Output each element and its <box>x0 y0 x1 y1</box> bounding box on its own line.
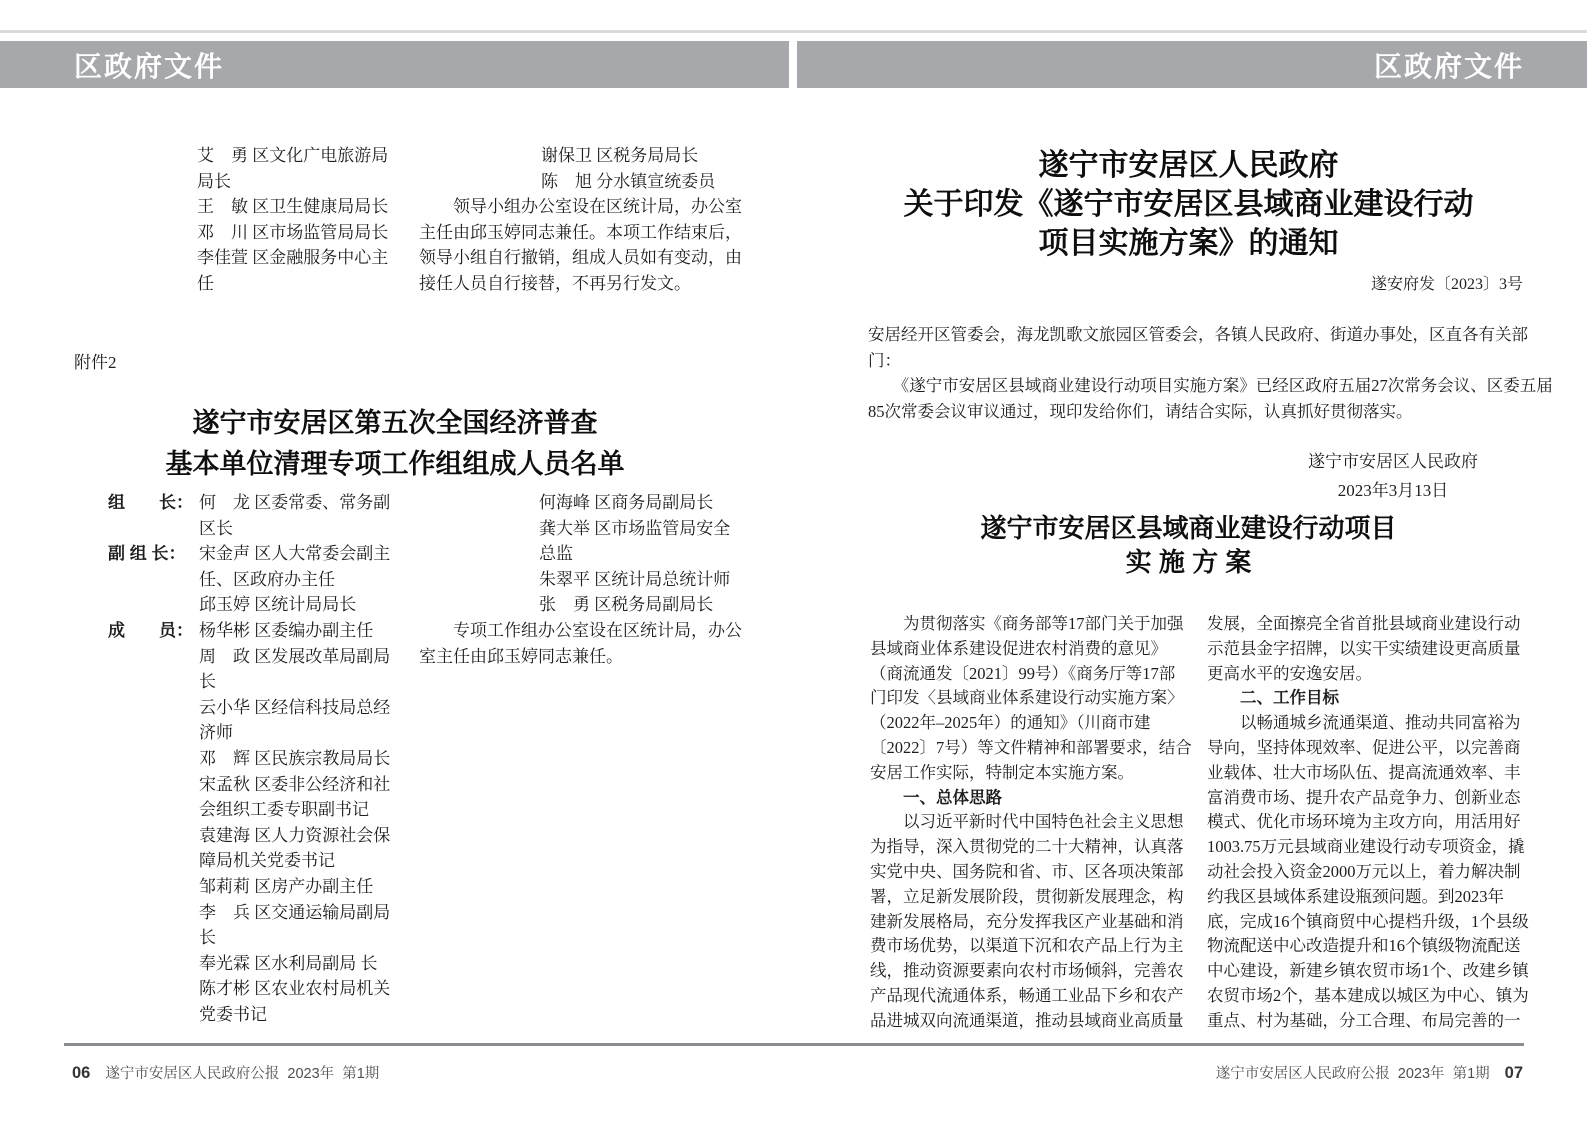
roster-line-text: 周 政 区发展改革局副局 <box>199 644 422 670</box>
text-line: 领导小组办公室设在区统计局，办公室 <box>419 194 742 220</box>
right-page-number: 07 <box>1505 1064 1523 1083</box>
text-line: 为指导，深入贯彻党的二十大精神，认真落 <box>870 835 1192 860</box>
roster-line-text: 何 龙 区委常委、常务副 <box>199 490 422 516</box>
text-line: 成 员：杨华彬 区委编办副主任 <box>72 618 422 644</box>
text-line: 实党中央、国务院和省、市、区各项决策部 <box>870 860 1192 885</box>
text-line: 专项工作组办公室设在区统计局，办公 <box>419 618 742 644</box>
text-line: 任 <box>197 271 388 297</box>
notice-title-line3: 项目实施方案》的通知 <box>790 224 1587 263</box>
left-page-footer: 06 遂宁市安居区人民政府公报 2023年 第1期 <box>72 1062 379 1083</box>
roster-line-text: 产品现代流通体系，畅通工业品下乡和农产 <box>870 986 1184 1005</box>
text-line: 底，完成16个镇商贸中心提档升级，1个县级 <box>1207 910 1529 935</box>
left-footer-text: 遂宁市安居区人民政府公报 2023年 第1期 <box>105 1062 379 1083</box>
roster-line-text: 门印发〈县域商业体系建设行动实施方案〉 <box>870 688 1184 707</box>
left-top-column2-name-list: 谢保卫 区税务局局长陈 旭 分水镇宣统委员 <box>541 143 715 194</box>
roster-role-label: 副 组 长： <box>108 541 185 567</box>
roster-line-text: （商流通发〔2021〕99号）《商务厅等17部 <box>870 664 1175 683</box>
roster-line-text: 党委书记 <box>199 1002 422 1028</box>
text-line: 障局机关党委书记 <box>72 848 422 874</box>
attachment-label: 附件2 <box>74 348 117 373</box>
text-line: 一、总体思路 <box>870 786 1192 811</box>
roster-line-text: 中心建设，新建乡镇农贸市场1个、改建乡镇 <box>1207 961 1529 980</box>
text-line: 二、工作目标 <box>1207 686 1529 711</box>
text-line: 85次常委会议审议通过，现印发给你们，请结合实际，认真抓好贯彻落实。 <box>868 399 1553 425</box>
text-line: 更高水平的安逸安居。 <box>1207 662 1529 687</box>
roster-line-text: 建新发展格局，充分发挥我区产业基础和消 <box>870 912 1184 931</box>
roster-title: 遂宁市安居区第五次全国经济普查 基本单位清理专项工作组组成人员名单 <box>0 403 790 485</box>
roster-role-label: 成 员： <box>108 618 193 644</box>
plan-title: 遂宁市安居区县域商业建设行动项目 实 施 方 案 <box>790 511 1587 579</box>
roster-line-text: 宋孟秋 区委非公经济和社 <box>199 772 422 798</box>
roster-line-text: 约我区县域体系建设瓶颈问题。到2023年 <box>1207 887 1504 906</box>
text-line: 业载体、壮大市场队伍、提高流通效率、丰 <box>1207 761 1529 786</box>
roster-line-text: 县域商业体系建设促进农村消费的意见》 <box>870 639 1167 658</box>
roster-line-text: 富消费市场、提升农产品竞争力、创新业态 <box>1207 788 1521 807</box>
plan-title-line1: 遂宁市安居区县域商业建设行动项目 <box>790 511 1587 545</box>
gazette-spread: 区政府文件 区政府文件 艾 勇 区文化广电旅游局局长王 敏 区卫生健康局局长邓 … <box>0 0 1587 1122</box>
roster-line-text: 1003.75万元县域商业建设行动专项资金，撬 <box>1207 837 1525 856</box>
text-line: 门： <box>868 348 1553 374</box>
text-line: （2022年–2025年）的通知》（川商市建 <box>870 711 1192 736</box>
document-number: 遂安府发〔2023〕3号 <box>1371 272 1523 298</box>
text-line: 李佳萱 区金融服务中心主 <box>197 245 388 271</box>
text-line: 邓 辉 区民族宗教局局长 <box>72 746 422 772</box>
roster-line-text: 安居工作实际，特制定本实施方案。 <box>870 763 1134 782</box>
signoff-block: 遂宁市安居区人民政府 2023年3月13日 <box>1308 447 1478 505</box>
roster-column2-name-list: 何海峰 区商务局副局长龚大举 区市场监管局安全总监朱翠平 区统计局总统计师张 勇… <box>539 490 730 618</box>
text-line: 动社会投入资金2000万元以上，着力解决制 <box>1207 860 1529 885</box>
text-line: 朱翠平 区统计局总统计师 <box>539 567 730 593</box>
text-line: 任、区政府办主任 <box>72 567 422 593</box>
text-line: 艾 勇 区文化广电旅游局 <box>197 143 388 169</box>
text-line: 王 敏 区卫生健康局局长 <box>197 194 388 220</box>
text-line: 何海峰 区商务局副局长 <box>539 490 730 516</box>
text-line: 1003.75万元县域商业建设行动专项资金，撬 <box>1207 835 1529 860</box>
roster-line-text: 以习近平新时代中国特色社会主义思想 <box>870 812 1184 831</box>
text-line: 领导小组自行撤销，组成人员如有变动，由 <box>419 245 742 271</box>
roster-line-text: 一、总体思路 <box>870 789 1002 807</box>
text-line: 局长 <box>197 169 388 195</box>
text-line: 模式、优化市场环境为主攻方向，用活用好 <box>1207 810 1529 835</box>
footer-rule <box>64 1043 1524 1046</box>
signoff-authority: 遂宁市安居区人民政府 <box>1308 447 1478 476</box>
plan-body-column2: 发展，全面擦亮全省首批县域商业建设行动示范县金字招牌，以实干实绩建设更高质量更高… <box>1207 612 1529 1034</box>
roster-line-text: 重点、村为基础，分工合理、布局完善的一 <box>1207 1011 1521 1030</box>
text-line: 副 组 长：宋金声 区人大常委会副主 <box>72 541 422 567</box>
roster-line-text: 杨华彬 区委编办副主任 <box>199 618 422 644</box>
text-line: 约我区县域体系建设瓶颈问题。到2023年 <box>1207 885 1529 910</box>
roster-line-text: 宋金声 区人大常委会副主 <box>199 541 422 567</box>
text-line: 区长 <box>72 516 422 542</box>
text-line: 陈才彬 区农业农村局机关 <box>72 976 422 1002</box>
signoff-date: 2023年3月13日 <box>1308 476 1478 505</box>
roster-line-text: 品进城双向流通渠道，推动县域商业高质量 <box>870 1011 1184 1030</box>
text-line: 富消费市场、提升农产品竞争力、创新业态 <box>1207 786 1529 811</box>
roster-line-text: 区长 <box>199 516 422 542</box>
text-line: 邹莉莉 区房产办副主任 <box>72 874 422 900</box>
roster-line-text: 为指导，深入贯彻党的二十大精神，认真落 <box>870 837 1184 856</box>
text-line: 奉光霖 区水利局副局 长 <box>72 951 422 977</box>
text-line: 中心建设，新建乡镇农贸市场1个、改建乡镇 <box>1207 959 1529 984</box>
roster-title-line2: 基本单位清理专项工作组组成人员名单 <box>0 444 790 485</box>
plan-body-column1: 为贯彻落实《商务部等17部门关于加强县域商业体系建设促进农村消费的意见》（商流通… <box>870 612 1192 1034</box>
top-rule <box>0 30 1587 33</box>
roster-line-text: 实党中央、国务院和省、市、区各项决策部 <box>870 862 1184 881</box>
roster-line-text: 动社会投入资金2000万元以上，着力解决制 <box>1207 862 1521 881</box>
text-line: 宋孟秋 区委非公经济和社 <box>72 772 422 798</box>
text-line: 邱玉婷 区统计局局长 <box>72 592 422 618</box>
roster-line-text: 署，立足新发展阶段，贯彻新发展理念，构 <box>870 887 1184 906</box>
roster-line-text: 更高水平的安逸安居。 <box>1207 664 1372 683</box>
text-line: 《遂宁市安居区县域商业建设行动项目实施方案》已经区政府五届27次常务会议、区委五… <box>868 373 1553 399</box>
text-line: 陈 旭 分水镇宣统委员 <box>541 169 715 195</box>
roster-line-text: 邱玉婷 区统计局局长 <box>199 592 422 618</box>
left-top-column2-paragraph: 领导小组办公室设在区统计局，办公室主任由邱玉婷同志兼任。本项工作结束后，领导小组… <box>419 194 742 296</box>
roster-line-text: 费市场优势，以渠道下沉和农产品上行为主 <box>870 936 1184 955</box>
roster-line-text: 〔2022〕7号）等文件精神和部署要求，结合 <box>870 738 1192 757</box>
text-line: 周 政 区发展改革局副局 <box>72 644 422 670</box>
text-line: 县域商业体系建设促进农村消费的意见》 <box>870 637 1192 662</box>
roster-line-text: 障局机关党委书记 <box>199 848 422 874</box>
text-line: 谢保卫 区税务局局长 <box>541 143 715 169</box>
text-line: 建新发展格局，充分发挥我区产业基础和消 <box>870 910 1192 935</box>
notice-intro: 安居经开区管委会，海龙凯歌文旅园区管委会，各镇人民政府、街道办事处，区直各有关部… <box>868 322 1553 424</box>
notice-title-line2: 关于印发《遂宁市安居区县域商业建设行动 <box>790 185 1587 224</box>
roster-line-text: 以畅通城乡流通渠道、推动共同富裕为 <box>1207 713 1521 732</box>
text-line: 〔2022〕7号）等文件精神和部署要求，结合 <box>870 736 1192 761</box>
plan-title-line2: 实 施 方 案 <box>790 545 1587 579</box>
right-footer-text: 遂宁市安居区人民政府公报 2023年 第1期 <box>1216 1062 1490 1083</box>
text-line: 长 <box>72 925 422 951</box>
roster-line-text: 示范县金字招牌，以实干实绩建设更高质量 <box>1207 639 1521 658</box>
right-page-footer: 遂宁市安居区人民政府公报 2023年 第1期 07 <box>1216 1062 1523 1083</box>
roster-title-line1: 遂宁市安居区第五次全国经济普查 <box>0 403 790 444</box>
text-line: 室主任由邱玉婷同志兼任。 <box>419 644 742 670</box>
roster-line-text: 线，推动资源要素向农村市场倾斜，完善农 <box>870 961 1184 980</box>
roster-line-text: 云小华 区经信科技局总经 <box>199 695 422 721</box>
roster-line-text: 袁建海 区人力资源社会保 <box>199 823 422 849</box>
roster-line-text: 邹莉莉 区房产办副主任 <box>199 874 422 900</box>
roster-line-text: 模式、优化市场环境为主攻方向，用活用好 <box>1207 812 1521 831</box>
notice-title: 遂宁市安居区人民政府 关于印发《遂宁市安居区县域商业建设行动 项目实施方案》的通… <box>790 146 1587 263</box>
roster-line-text: 任、区政府办主任 <box>199 567 422 593</box>
text-line: （商流通发〔2021〕99号）《商务厅等17部 <box>870 662 1192 687</box>
text-line: 安居工作实际，特制定本实施方案。 <box>870 761 1192 786</box>
text-line: 导向，坚持体现效率、促进公平，以完善商 <box>1207 736 1529 761</box>
roster-column1: 组 长：何 龙 区委常委、常务副区长副 组 长：宋金声 区人大常委会副主任、区政… <box>72 490 422 1027</box>
text-line: 会组织工委专职副书记 <box>72 797 422 823</box>
right-page-header-bar: 区政府文件 <box>797 41 1587 88</box>
text-line: 龚大举 区市场监管局安全 <box>539 516 730 542</box>
text-line: 示范县金字招牌，以实干实绩建设更高质量 <box>1207 637 1529 662</box>
roster-line-text: 为贯彻落实《商务部等17部门关于加强 <box>870 614 1184 633</box>
roster-line-text: 二、工作目标 <box>1207 689 1339 707</box>
text-line: 接任人员自行接替，不再另行发文。 <box>419 271 742 297</box>
left-header-tab-label: 区政府文件 <box>74 45 224 85</box>
left-top-column1-name-list: 艾 勇 区文化广电旅游局局长王 敏 区卫生健康局局长邓 川 区市场监管局局长李佳… <box>197 143 388 296</box>
roster-role-label: 组 长： <box>108 490 193 516</box>
text-line: 农贸市场2个，基本建成以城区为中心、镇为 <box>1207 984 1529 1009</box>
roster-line-text: 长 <box>199 669 422 695</box>
roster-line-text: 底，完成16个镇商贸中心提档升级，1个县级 <box>1207 912 1529 931</box>
text-line: 以习近平新时代中国特色社会主义思想 <box>870 810 1192 835</box>
text-line: 党委书记 <box>72 1002 422 1028</box>
text-line: 组 长：何 龙 区委常委、常务副 <box>72 490 422 516</box>
roster-line-text: 导向，坚持体现效率、促进公平，以完善商 <box>1207 738 1521 757</box>
text-line: 产品现代流通体系，畅通工业品下乡和农产 <box>870 984 1192 1009</box>
text-line: 署，立足新发展阶段，贯彻新发展理念，构 <box>870 885 1192 910</box>
text-line: 总监 <box>539 541 730 567</box>
roster-line-text: （2022年–2025年）的通知》（川商市建 <box>870 713 1151 732</box>
text-line: 以畅通城乡流通渠道、推动共同富裕为 <box>1207 711 1529 736</box>
text-line: 李 兵 区交通运输局副局 <box>72 900 422 926</box>
roster-line-text: 济师 <box>199 720 422 746</box>
text-line: 物流配送中心改造提升和16个镇级物流配送 <box>1207 934 1529 959</box>
roster-line-text: 会组织工委专职副书记 <box>199 797 422 823</box>
text-line: 袁建海 区人力资源社会保 <box>72 823 422 849</box>
text-line: 张 勇 区税务局副局长 <box>539 592 730 618</box>
text-line: 品进城双向流通渠道，推动县域商业高质量 <box>870 1009 1192 1034</box>
text-line: 济师 <box>72 720 422 746</box>
roster-line-text: 邓 辉 区民族宗教局局长 <box>199 746 422 772</box>
text-line: 门印发〈县域商业体系建设行动实施方案〉 <box>870 686 1192 711</box>
text-line: 云小华 区经信科技局总经 <box>72 695 422 721</box>
left-page-header-bar: 区政府文件 <box>0 41 789 88</box>
text-line: 线，推动资源要素向农村市场倾斜，完善农 <box>870 959 1192 984</box>
notice-title-line1: 遂宁市安居区人民政府 <box>790 146 1587 185</box>
roster-line-text: 发展，全面擦亮全省首批县域商业建设行动 <box>1207 614 1521 633</box>
text-line: 安居经开区管委会，海龙凯歌文旅园区管委会，各镇人民政府、街道办事处，区直各有关部 <box>868 322 1553 348</box>
roster-line-text: 李 兵 区交通运输局副局 <box>199 900 422 926</box>
roster-line-text: 长 <box>199 925 422 951</box>
text-line: 邓 川 区市场监管局局长 <box>197 220 388 246</box>
left-page-number: 06 <box>72 1064 90 1083</box>
text-line: 发展，全面擦亮全省首批县域商业建设行动 <box>1207 612 1529 637</box>
roster-line-text: 农贸市场2个，基本建成以城区为中心、镇为 <box>1207 986 1529 1005</box>
roster-line-text: 陈才彬 区农业农村局机关 <box>199 976 422 1002</box>
roster-column2-paragraph: 专项工作组办公室设在区统计局，办公室主任由邱玉婷同志兼任。 <box>419 618 742 669</box>
text-line: 重点、村为基础，分工合理、布局完善的一 <box>1207 1009 1529 1034</box>
text-line: 主任由邱玉婷同志兼任。本项工作结束后， <box>419 220 742 246</box>
roster-line-text: 奉光霖 区水利局副局 长 <box>199 951 422 977</box>
text-line: 长 <box>72 669 422 695</box>
roster-line-text: 业载体、壮大市场队伍、提高流通效率、丰 <box>1207 763 1521 782</box>
text-line: 为贯彻落实《商务部等17部门关于加强 <box>870 612 1192 637</box>
right-header-tab-label: 区政府文件 <box>1374 45 1524 85</box>
text-line: 费市场优势，以渠道下沉和农产品上行为主 <box>870 934 1192 959</box>
roster-line-text: 物流配送中心改造提升和16个镇级物流配送 <box>1207 936 1521 955</box>
